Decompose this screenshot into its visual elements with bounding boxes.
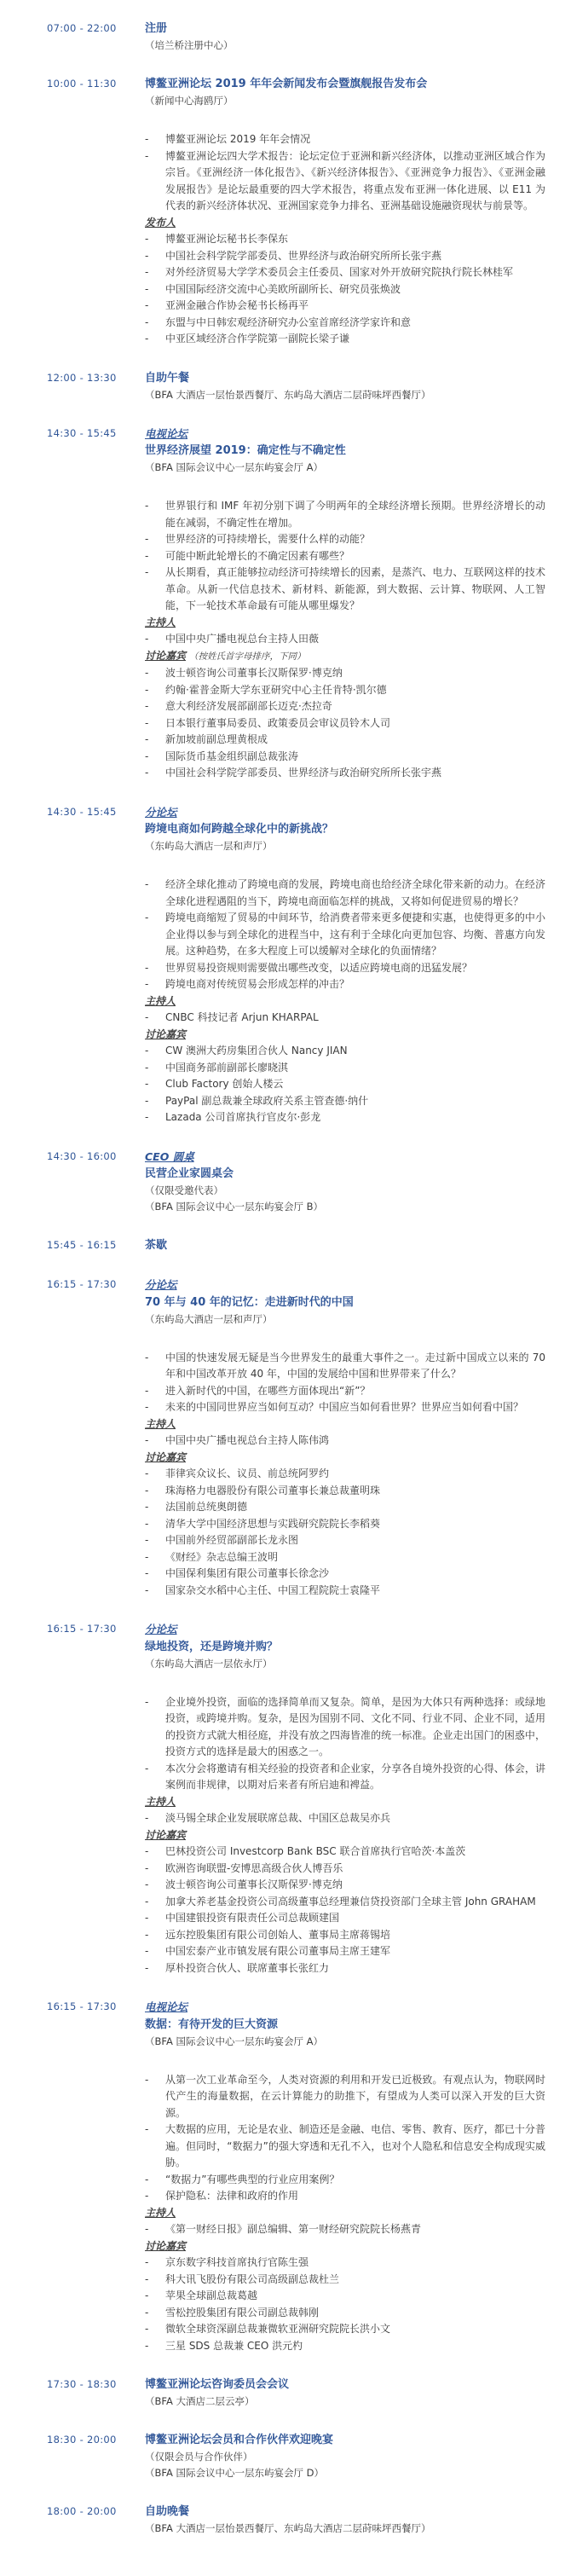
session-location-note: （仅限受邀代表） bbox=[145, 1183, 545, 1199]
participant-group-label: 主持人 bbox=[145, 2207, 176, 2219]
participant-item-text: 珠海格力电器股份有限公司董事长兼总裁董明珠 bbox=[165, 1483, 545, 1500]
participant-item-text: CNBC 科技记者 Arjun KHARPAL bbox=[165, 1010, 545, 1027]
bullet-dash: - bbox=[145, 1399, 165, 1416]
participant-item: -科大讯飞股份有限公司高级副总裁杜兰 bbox=[145, 2272, 545, 2289]
bullet-dash: - bbox=[145, 1093, 165, 1110]
participant-item-text: 中国保利集团有限公司董事长徐念沙 bbox=[165, 1566, 545, 1583]
session-category-label: CEO 圆桌 bbox=[145, 1149, 194, 1166]
participant-item: -三星 SDS 总裁兼 CEO 洪元杓 bbox=[145, 2338, 545, 2355]
bullet-dash: - bbox=[145, 2288, 165, 2305]
session-category: 分论坛 bbox=[145, 1276, 545, 1294]
bullet-dash: - bbox=[145, 1844, 165, 1861]
participant-item: -PayPal 副总裁兼全球政府关系主管查德·纳什 bbox=[145, 1093, 545, 1110]
participant-item-text: 三星 SDS 总裁兼 CEO 洪元杓 bbox=[165, 2338, 545, 2355]
bullet-dash: - bbox=[145, 131, 165, 148]
bullet-dash: - bbox=[145, 315, 165, 332]
bullet-dash: - bbox=[145, 715, 165, 732]
participant-item: -国家杂交水稻中心主任、中国工程院院士袁隆平 bbox=[145, 1583, 545, 1600]
bullet-dash: - bbox=[145, 1877, 165, 1894]
topic-item-text: 博鳌亚洲论坛四大学术报告：论坛定位于亚洲和新兴经济体，以推动亚洲区域合作为宗旨。… bbox=[165, 148, 545, 215]
session-topic-list: -中国的快速发展无疑是当今世界发生的最重大事件之一。走过新中国成立以来的 70 … bbox=[145, 1350, 545, 1416]
session-content: 注册（培兰桥注册中心） bbox=[145, 20, 545, 54]
bullet-dash: - bbox=[145, 682, 165, 699]
session-topic-list: -经济全球化推动了跨境电商的发展，跨境电商也给经济全球化带来新的动力。在经济全球… bbox=[145, 877, 545, 993]
participant-item-text: 欧洲咨询联盟-安博思高级合伙人博吾乐 bbox=[165, 1861, 545, 1878]
topic-item: -可能中断此轮增长的不确定因素有哪些？ bbox=[145, 548, 545, 565]
topic-item: -经济全球化推动了跨境电商的发展，跨境电商也给经济全球化带来新的动力。在经济全球… bbox=[145, 877, 545, 910]
participant-group-label: 主持人 bbox=[145, 617, 176, 628]
topic-item: -博鳌亚洲论坛 2019 年年会情况 bbox=[145, 131, 545, 148]
bullet-dash: - bbox=[145, 531, 165, 548]
session-time: 16:15 - 17:30 bbox=[47, 1276, 145, 1599]
bullet-dash: - bbox=[145, 1566, 165, 1583]
participant-item-text: 新加坡前副总理黄根成 bbox=[165, 732, 545, 749]
participant-item: -CW 澳洲大药房集团合伙人 Nancy JIAN bbox=[145, 1043, 545, 1060]
session-category-label: 分论坛 bbox=[145, 804, 177, 821]
bullet-dash: - bbox=[145, 2321, 165, 2338]
participant-item-text: 厚朴投资合伙人、联席董事长张红力 bbox=[165, 1960, 545, 1977]
session-location-note: （新闻中心海鸥厅） bbox=[145, 93, 545, 109]
bullet-dash: - bbox=[145, 231, 165, 248]
bullet-dash: - bbox=[145, 148, 165, 215]
bullet-dash: - bbox=[145, 1499, 165, 1516]
bullet-dash: - bbox=[145, 1927, 165, 1944]
participant-item: -厚朴投资合伙人、联席董事长张红力 bbox=[145, 1960, 545, 1977]
session-time: 14:30 - 15:45 bbox=[47, 425, 145, 782]
session-time: 07:00 - 22:00 bbox=[47, 20, 145, 54]
participant-item-text: 中国社会科学院学部委员、世界经济与政治研究所所长张宇燕 bbox=[165, 248, 545, 265]
participant-item-text: 雪松控股集团有限公司副总裁韩刚 bbox=[165, 2305, 545, 2322]
session: 16:15 - 17:30分论坛70 年与 40 年的记忆：走进新时代的中国（东… bbox=[47, 1276, 545, 1599]
session-location-note: （BFA 大酒店一层怡景西餐厅、东屿岛大酒店二层莳味坪西餐厅） bbox=[145, 2521, 545, 2537]
bullet-dash: - bbox=[145, 1433, 165, 1450]
session-category: 分论坛 bbox=[145, 804, 545, 822]
session-location-note: （BFA 国际会议中心一层东屿宴会厅 A） bbox=[145, 2034, 545, 2050]
participant-item-text: 对外经济贸易大学学术委员会主任委员、国家对外开放研究院执行院长林桂军 bbox=[165, 264, 545, 281]
participant-item-text: 微软全球资深副总裁兼微软亚洲研究院院长洪小文 bbox=[165, 2321, 545, 2338]
session-title: 茶歇 bbox=[145, 1237, 545, 1254]
bullet-dash: - bbox=[145, 1060, 165, 1077]
participant-item: -欧洲咨询联盟-安博思高级合伙人博吾乐 bbox=[145, 1861, 545, 1878]
participant-group-label: 讨论嘉宾 bbox=[145, 2240, 186, 2252]
participant-group-heading: 讨论嘉宾 bbox=[145, 1027, 545, 1044]
topic-item: -中国的快速发展无疑是当今世界发生的最重大事件之一。走过新中国成立以来的 70 … bbox=[145, 1350, 545, 1383]
bullet-dash: - bbox=[145, 564, 165, 615]
session-content: 茶歇 bbox=[145, 1237, 545, 1254]
topic-item: -跨境电商缩短了贸易的中间环节，给消费者带来更多便捷和实惠，也使得更多的中小企业… bbox=[145, 910, 545, 960]
bullet-dash: - bbox=[145, 631, 165, 648]
session-content: 电视论坛世界经济展望 2019：确定性与不确定性（BFA 国际会议中心一层东屿宴… bbox=[145, 425, 545, 782]
topic-item-text: 跨境电商对传统贸易会形成怎样的冲击？ bbox=[165, 976, 545, 993]
participant-item-text: 中国社会科学院学部委员、世界经济与政治研究所所长张宇燕 bbox=[165, 765, 545, 782]
bullet-dash: - bbox=[145, 1761, 165, 1794]
participant-item: -波士顿咨询公司董事长汉斯保罗·博克纳 bbox=[145, 1877, 545, 1894]
topic-item-text: 大数据的应用，无论是农业、制造还是金融、电信、零售、教育、医疗，都已十分普遍。但… bbox=[165, 2122, 545, 2172]
participant-item-text: 中国国际经济交流中心美欧所副所长、研究员张焕波 bbox=[165, 281, 545, 298]
participant-item-text: 科大讯飞股份有限公司高级副总裁杜兰 bbox=[165, 2272, 545, 2289]
participant-item-text: Club Factory 创始人楼云 bbox=[165, 1076, 545, 1093]
bullet-dash: - bbox=[145, 2255, 165, 2272]
participant-group-heading: 发布人 bbox=[145, 215, 545, 232]
participant-item: -波士顿咨询公司董事长汉斯保罗·博克纳 bbox=[145, 665, 545, 682]
session: 14:30 - 15:45分论坛跨境电商如何跨越全球化中的新挑战？（东屿岛大酒店… bbox=[47, 804, 545, 1126]
participant-group-heading: 主持人 bbox=[145, 615, 545, 632]
participant-item: -微软全球资深副总裁兼微软亚洲研究院院长洪小文 bbox=[145, 2321, 545, 2338]
session: 16:15 - 17:30电视论坛数据：有待开发的巨大资源（BFA 国际会议中心… bbox=[47, 1999, 545, 2354]
participant-group-label: 讨论嘉宾 bbox=[145, 650, 186, 662]
participant-item-text: 法国前总统奥朗德 bbox=[165, 1499, 545, 1516]
participant-item-text: 国际货币基金组织副总裁张涛 bbox=[165, 749, 545, 766]
session: 18:00 - 20:00自助晚餐（BFA 大酒店一层怡景西餐厅、东屿岛大酒店二… bbox=[47, 2504, 545, 2537]
participant-item: -Club Factory 创始人楼云 bbox=[145, 1076, 545, 1093]
bullet-dash: - bbox=[145, 960, 165, 977]
session-category: 电视论坛 bbox=[145, 1999, 545, 2017]
participant-item: -亚洲金融合作协会秘书长杨再平 bbox=[145, 298, 545, 315]
participant-item-text: 意大利经济发展部副部长迈克·杰拉奇 bbox=[165, 698, 545, 715]
participant-item: -CNBC 科技记者 Arjun KHARPAL bbox=[145, 1010, 545, 1027]
participant-item: -《第一财经日报》副总编辑、第一财经研究院院长杨燕青 bbox=[145, 2221, 545, 2238]
session-location-note: （培兰桥注册中心） bbox=[145, 38, 545, 54]
bullet-dash: - bbox=[145, 1861, 165, 1878]
participant-group-label: 讨论嘉宾 bbox=[145, 1028, 186, 1040]
participant-item-text: 中国中央广播电视总台主持人田薇 bbox=[165, 631, 545, 648]
bullet-dash: - bbox=[145, 281, 165, 298]
bullet-dash: - bbox=[145, 1043, 165, 1060]
participant-item-text: 中国商务部前副部长廖晓淇 bbox=[165, 1060, 545, 1077]
session-time: 14:30 - 15:45 bbox=[47, 804, 145, 1126]
participant-item: -中国保利集团有限公司董事长徐念沙 bbox=[145, 1566, 545, 1583]
participant-item-text: 远东控股集团有限公司创始人、董事局主席蒋锡培 bbox=[165, 1927, 545, 1944]
participant-item-text: Lazada 公司首席执行官皮尔·彭龙 bbox=[165, 1109, 545, 1126]
participant-item-text: 波士顿咨询公司董事长汉斯保罗·博克纳 bbox=[165, 1877, 545, 1894]
participant-item-text: 中国宏泰产业市镇发展有限公司董事局主席王建军 bbox=[165, 1943, 545, 1960]
session-location-note: （BFA 国际会议中心一层东屿宴会厅 B） bbox=[145, 1199, 545, 1215]
topic-item: -“数据力”有哪些典型的行业应用案例？ bbox=[145, 2172, 545, 2189]
session-category: 分论坛 bbox=[145, 1621, 545, 1639]
bullet-dash: - bbox=[145, 331, 165, 348]
bullet-dash: - bbox=[145, 2122, 165, 2172]
participant-item: -菲律宾众议长、议员、前总统阿罗约 bbox=[145, 1466, 545, 1483]
bullet-dash: - bbox=[145, 2338, 165, 2355]
topic-item-text: 世界银行和 IMF 年初分别下调了今明两年的全球经济增长预期。世界经济增长的动能… bbox=[165, 498, 545, 531]
bullet-dash: - bbox=[145, 698, 165, 715]
session-location-note: （BFA 国际会议中心一层东屿宴会厅 A） bbox=[145, 460, 545, 476]
bullet-dash: - bbox=[145, 1583, 165, 1600]
participant-item: -中国宏泰产业市镇发展有限公司董事局主席王建军 bbox=[145, 1943, 545, 1960]
topic-item-text: 进入新时代的中国，在哪些方面体现出“新”？ bbox=[165, 1383, 545, 1400]
session-topic-list: -博鳌亚洲论坛 2019 年年会情况-博鳌亚洲论坛四大学术报告：论坛定位于亚洲和… bbox=[145, 131, 545, 215]
participant-group-heading: 主持人 bbox=[145, 1416, 545, 1433]
session-content: 分论坛跨境电商如何跨越全球化中的新挑战？（东屿岛大酒店一层和声厅）-经济全球化推… bbox=[145, 804, 545, 1126]
bullet-dash: - bbox=[145, 248, 165, 265]
session: 16:15 - 17:30分论坛绿地投资，还是跨境并购？（东屿岛大酒店一层依永厅… bbox=[47, 1621, 545, 1977]
participant-item: -博鳌亚洲论坛秘书长李保东 bbox=[145, 231, 545, 248]
participant-item: -中国国际经济交流中心美欧所副所长、研究员张焕波 bbox=[145, 281, 545, 298]
participant-group-heading: 讨论嘉宾（按姓氏首字母排序，下同） bbox=[145, 648, 545, 666]
session: 14:30 - 15:45电视论坛世界经济展望 2019：确定性与不确定性（BF… bbox=[47, 425, 545, 782]
session-topic-list: -企业境外投资，面临的选择简单而又复杂。简单，是因为大体只有两种选择：或绿地投资… bbox=[145, 1694, 545, 1794]
participant-item-text: 波士顿咨询公司董事长汉斯保罗·博克纳 bbox=[165, 665, 545, 682]
participant-item: -中国社会科学院学部委员、世界经济与政治研究所所长张宇燕 bbox=[145, 248, 545, 265]
session-content: 自助晚餐（BFA 大酒店一层怡景西餐厅、东屿岛大酒店二层莳味坪西餐厅） bbox=[145, 2504, 545, 2537]
bullet-dash: - bbox=[145, 1383, 165, 1400]
participant-item: -中亚区域经济合作学院第一副院长梁子谦 bbox=[145, 331, 545, 348]
session-content: 分论坛70 年与 40 年的记忆：走进新时代的中国（东屿岛大酒店一层和声厅）-中… bbox=[145, 1276, 545, 1599]
session: 14:30 - 16:00CEO 圆桌民营企业家圆桌会（仅限受邀代表）（BFA … bbox=[47, 1149, 545, 1216]
session-category-label: 电视论坛 bbox=[145, 1999, 187, 2016]
bullet-dash: - bbox=[145, 1010, 165, 1027]
bullet-dash: - bbox=[145, 1549, 165, 1566]
bullet-dash: - bbox=[145, 665, 165, 682]
bullet-dash: - bbox=[145, 298, 165, 315]
topic-item: -进入新时代的中国，在哪些方面体现出“新”？ bbox=[145, 1383, 545, 1400]
topic-item-text: 未来的中国同世界应当如何互动？中国应当如何看世界？世界应当如何看中国？ bbox=[165, 1399, 545, 1416]
bullet-dash: - bbox=[145, 1532, 165, 1549]
participant-item: -法国前总统奥朗德 bbox=[145, 1499, 545, 1516]
participant-item-text: 《第一财经日报》副总编辑、第一财经研究院院长杨燕青 bbox=[165, 2221, 545, 2238]
topic-item: -跨境电商对传统贸易会形成怎样的冲击？ bbox=[145, 976, 545, 993]
session-title: 自助晚餐 bbox=[145, 2504, 545, 2521]
session-content: 自助午餐（BFA 大酒店一层怡景西餐厅、东屿岛大酒店二层莳味坪西餐厅） bbox=[145, 370, 545, 403]
participant-group-label: 讨论嘉宾 bbox=[145, 1451, 186, 1463]
session-content: CEO 圆桌民营企业家圆桌会（仅限受邀代表）（BFA 国际会议中心一层东屿宴会厅… bbox=[145, 1149, 545, 1216]
bullet-dash: - bbox=[145, 1466, 165, 1483]
participant-item-text: 日本银行董事局委员、政策委员会审议员铃木人司 bbox=[165, 715, 545, 732]
bullet-dash: - bbox=[145, 2172, 165, 2189]
session-title: 注册 bbox=[145, 20, 545, 38]
session: 15:45 - 16:15茶歇 bbox=[47, 1237, 545, 1254]
bullet-dash: - bbox=[145, 264, 165, 281]
topic-item-text: 经济全球化推动了跨境电商的发展，跨境电商也给经济全球化带来新的动力。在经济全球化… bbox=[165, 877, 545, 910]
topic-item-text: 本次分会将邀请有相关经验的投资者和企业家，分享各自境外投资的心得、体会，讲案例而… bbox=[165, 1761, 545, 1794]
session: 12:00 - 13:30自助午餐（BFA 大酒店一层怡景西餐厅、东屿岛大酒店二… bbox=[47, 370, 545, 403]
bullet-dash: - bbox=[145, 548, 165, 565]
session-location-note: （仅限会员与合作伙伴） bbox=[145, 2449, 545, 2465]
bullet-dash: - bbox=[145, 910, 165, 960]
participant-item: -《财经》杂志总编王波明 bbox=[145, 1549, 545, 1566]
participant-item: -中国中央广播电视总台主持人陈伟鸿 bbox=[145, 1433, 545, 1450]
session-title: 世界经济展望 2019：确定性与不确定性 bbox=[145, 443, 545, 460]
participant-group-label: 主持人 bbox=[145, 1418, 176, 1430]
bullet-dash: - bbox=[145, 2305, 165, 2322]
topic-item: -企业境外投资，面临的选择简单而又复杂。简单，是因为大体只有两种选择：或绿地投资… bbox=[145, 1694, 545, 1761]
session-location-note: （BFA 大酒店二层云亭） bbox=[145, 2394, 545, 2410]
session-topic-list: -世界银行和 IMF 年初分别下调了今明两年的全球经济增长预期。世界经济增长的动… bbox=[145, 498, 545, 615]
participant-item: -清华大学中国经济思想与实践研究院院长李稻葵 bbox=[145, 1516, 545, 1533]
participant-item: -中国商务部前副部长廖晓淇 bbox=[145, 1060, 545, 1077]
session-time: 16:15 - 17:30 bbox=[47, 1999, 145, 2354]
topic-item: -未来的中国同世界应当如何互动？中国应当如何看世界？世界应当如何看中国？ bbox=[145, 1399, 545, 1416]
session-time: 18:00 - 20:00 bbox=[47, 2504, 145, 2537]
topic-item-text: 可能中断此轮增长的不确定因素有哪些？ bbox=[165, 548, 545, 565]
session-title: 自助午餐 bbox=[145, 370, 545, 387]
session-category: 电视论坛 bbox=[145, 425, 545, 443]
session-time: 18:30 - 20:00 bbox=[47, 2432, 145, 2481]
participant-item-text: CW 澳洲大药房集团合伙人 Nancy JIAN bbox=[165, 1043, 545, 1060]
bullet-dash: - bbox=[145, 1810, 165, 1827]
participant-item-text: 加拿大养老基金投资公司高级董事总经理兼信贷投资部门全球主管 John GRAHA… bbox=[165, 1894, 545, 1911]
session: 18:30 - 20:00博鳌亚洲论坛会员和合作伙伴欢迎晚宴（仅限会员与合作伙伴… bbox=[47, 2432, 545, 2481]
topic-item: -博鳌亚洲论坛四大学术报告：论坛定位于亚洲和新兴经济体，以推动亚洲区域合作为宗旨… bbox=[145, 148, 545, 215]
session-content: 博鳌亚洲论坛会员和合作伙伴欢迎晚宴（仅限会员与合作伙伴）（BFA 国际会议中心一… bbox=[145, 2432, 545, 2481]
session-title: 跨境电商如何跨越全球化中的新挑战？ bbox=[145, 821, 545, 838]
bullet-dash: - bbox=[145, 877, 165, 910]
bullet-dash: - bbox=[145, 1960, 165, 1977]
bullet-dash: - bbox=[145, 1943, 165, 1960]
participant-item-text: 中国前外经贸部副部长龙永图 bbox=[165, 1532, 545, 1549]
participant-group-heading: 讨论嘉宾 bbox=[145, 2238, 545, 2255]
participant-item: -淡马锡全球企业发展联席总裁、中国区总裁吴亦兵 bbox=[145, 1810, 545, 1827]
topic-item-text: 跨境电商缩短了贸易的中间环节，给消费者带来更多便捷和实惠，也使得更多的中小企业得… bbox=[165, 910, 545, 960]
topic-item: -世界贸易投资规则需要做出哪些改变，以适应跨境电商的迅猛发展？ bbox=[145, 960, 545, 977]
topic-item-text: 保护隐私：法律和政府的作用 bbox=[165, 2188, 545, 2205]
participant-item: -对外经济贸易大学学术委员会主任委员、国家对外开放研究院执行院长林桂军 bbox=[145, 264, 545, 281]
session-location-note: （BFA 大酒店一层怡景西餐厅、东屿岛大酒店二层莳味坪西餐厅） bbox=[145, 387, 545, 403]
session: 17:30 - 18:30博鳌亚洲论坛咨询委员会会议（BFA 大酒店二层云亭） bbox=[47, 2376, 545, 2410]
participant-item-text: 清华大学中国经济思想与实践研究院院长李稻葵 bbox=[165, 1516, 545, 1533]
bullet-dash: - bbox=[145, 1910, 165, 1927]
session-title: 70 年与 40 年的记忆：走进新时代的中国 bbox=[145, 1294, 545, 1311]
session-time: 14:30 - 16:00 bbox=[47, 1149, 145, 1216]
session-category-label: 分论坛 bbox=[145, 1621, 177, 1638]
bullet-dash: - bbox=[145, 749, 165, 766]
session-title: 民营企业家圆桌会 bbox=[145, 1166, 545, 1183]
participant-item-text: 东盟与中日韩宏观经济研究办公室首席经济学家许和意 bbox=[165, 315, 545, 332]
participant-group-label: 主持人 bbox=[145, 1796, 176, 1808]
participant-group-heading: 主持人 bbox=[145, 2205, 545, 2222]
bullet-dash: - bbox=[145, 498, 165, 531]
session: 10:00 - 11:30博鳌亚洲论坛 2019 年年会新闻发布会暨旗舰报告发布… bbox=[47, 76, 545, 348]
session-content: 电视论坛数据：有待开发的巨大资源（BFA 国际会议中心一层东屿宴会厅 A）-从第… bbox=[145, 1999, 545, 2354]
session-time: 17:30 - 18:30 bbox=[47, 2376, 145, 2410]
session-time: 16:15 - 17:30 bbox=[47, 1621, 145, 1977]
participant-item-text: 中国中央广播电视总台主持人陈伟鸿 bbox=[165, 1433, 545, 1450]
participant-group-label: 主持人 bbox=[145, 995, 176, 1007]
bullet-dash: - bbox=[145, 765, 165, 782]
topic-item-text: 博鳌亚洲论坛 2019 年年会情况 bbox=[165, 131, 545, 148]
participant-item-text: 约翰·霍普金斯大学东亚研究中心主任肯特·凯尔德 bbox=[165, 682, 545, 699]
topic-item: -世界经济的可持续增长，需要什么样的动能？ bbox=[145, 531, 545, 548]
topic-item-text: 中国的快速发展无疑是当今世界发生的最重大事件之一。走过新中国成立以来的 70 年… bbox=[165, 1350, 545, 1383]
bullet-dash: - bbox=[145, 2072, 165, 2122]
bullet-dash: - bbox=[145, 1516, 165, 1533]
topic-item: -世界银行和 IMF 年初分别下调了今明两年的全球经济增长预期。世界经济增长的动… bbox=[145, 498, 545, 531]
participant-group-heading: 主持人 bbox=[145, 993, 545, 1010]
participant-item: -京东数字科技首席执行官陈生强 bbox=[145, 2255, 545, 2272]
session-time: 10:00 - 11:30 bbox=[47, 76, 145, 348]
session-location-note: （东屿岛大酒店一层和声厅） bbox=[145, 1311, 545, 1328]
participant-item: -珠海格力电器股份有限公司董事长兼总裁董明珠 bbox=[145, 1483, 545, 1500]
topic-item-text: 从长期看，真正能够拉动经济可持续增长的因素，是蒸汽、电力、互联网这样的技术革命。… bbox=[165, 564, 545, 615]
participant-item-text: 苹果全球副总裁葛越 bbox=[165, 2288, 545, 2305]
participant-item-text: 《财经》杂志总编王波明 bbox=[165, 1549, 545, 1566]
topic-item: -保护隐私：法律和政府的作用 bbox=[145, 2188, 545, 2205]
session-title: 数据：有待开发的巨大资源 bbox=[145, 2017, 545, 2034]
participant-item: -加拿大养老基金投资公司高级董事总经理兼信贷投资部门全球主管 John GRAH… bbox=[145, 1894, 545, 1911]
session-title: 绿地投资，还是跨境并购？ bbox=[145, 1639, 545, 1656]
bullet-dash: - bbox=[145, 976, 165, 993]
participant-item-text: 菲律宾众议长、议员、前总统阿罗约 bbox=[165, 1466, 545, 1483]
participant-item-text: 中国建银投资有限责任公司总裁顾建国 bbox=[165, 1910, 545, 1927]
bullet-dash: - bbox=[145, 1350, 165, 1383]
session-title: 博鳌亚洲论坛咨询委员会会议 bbox=[145, 2376, 545, 2394]
session-category: CEO 圆桌 bbox=[145, 1149, 545, 1166]
topic-item: -大数据的应用，无论是农业、制造还是金融、电信、零售、教育、医疗，都已十分普遍。… bbox=[145, 2122, 545, 2172]
schedule-session-list: 07:00 - 22:00注册（培兰桥注册中心）10:00 - 11:30博鳌亚… bbox=[47, 20, 545, 2537]
participant-item: -苹果全球副总裁葛越 bbox=[145, 2288, 545, 2305]
participant-item-text: PayPal 副总裁兼全球政府关系主管查德·纳什 bbox=[165, 1093, 545, 1110]
participant-item: -新加坡前副总理黄根成 bbox=[145, 732, 545, 749]
participant-item: -中国建银投资有限责任公司总裁顾建国 bbox=[145, 1910, 545, 1927]
bullet-dash: - bbox=[145, 1076, 165, 1093]
session-time: 15:45 - 16:15 bbox=[47, 1237, 145, 1254]
participant-item: -远东控股集团有限公司创始人、董事局主席蒋锡培 bbox=[145, 1927, 545, 1944]
participant-item: -中国前外经贸部副部长龙永图 bbox=[145, 1532, 545, 1549]
session-content: 博鳌亚洲论坛 2019 年年会新闻发布会暨旗舰报告发布会（新闻中心海鸥厅）-博鳌… bbox=[145, 76, 545, 348]
topic-item-text: 世界经济的可持续增长，需要什么样的动能？ bbox=[165, 531, 545, 548]
bullet-dash: - bbox=[145, 1894, 165, 1911]
topic-item: -从长期看，真正能够拉动经济可持续增长的因素，是蒸汽、电力、互联网这样的技术革命… bbox=[145, 564, 545, 615]
session-title: 博鳌亚洲论坛 2019 年年会新闻发布会暨旗舰报告发布会 bbox=[145, 76, 545, 93]
participant-item: -意大利经济发展部副部长迈克·杰拉奇 bbox=[145, 698, 545, 715]
session-topic-list: -从第一次工业革命至今，人类对资源的利用和开发已近极致。有观点认为，物联网时代产… bbox=[145, 2072, 545, 2205]
participant-item: -东盟与中日韩宏观经济研究办公室首席经济学家许和意 bbox=[145, 315, 545, 332]
bullet-dash: - bbox=[145, 2188, 165, 2205]
participant-item: -Lazada 公司首席执行官皮尔·彭龙 bbox=[145, 1109, 545, 1126]
session-content: 博鳌亚洲论坛咨询委员会会议（BFA 大酒店二层云亭） bbox=[145, 2376, 545, 2410]
participant-item: -约翰·霍普金斯大学东亚研究中心主任肯特·凯尔德 bbox=[145, 682, 545, 699]
participant-item: -日本银行董事局委员、政策委员会审议员铃木人司 bbox=[145, 715, 545, 732]
participant-item-text: 京东数字科技首席执行官陈生强 bbox=[165, 2255, 545, 2272]
session: 07:00 - 22:00注册（培兰桥注册中心） bbox=[47, 20, 545, 54]
topic-item: -本次分会将邀请有相关经验的投资者和企业家，分享各自境外投资的心得、体会，讲案例… bbox=[145, 1761, 545, 1794]
bullet-dash: - bbox=[145, 2272, 165, 2289]
session-category-label: 电视论坛 bbox=[145, 425, 187, 443]
participant-item-text: 国家杂交水稻中心主任、中国工程院院士袁隆平 bbox=[165, 1583, 545, 1600]
participant-group-note: （按姓氏首字母排序，下同） bbox=[189, 651, 306, 662]
topic-item-text: “数据力”有哪些典型的行业应用案例？ bbox=[165, 2172, 545, 2189]
session-time: 12:00 - 13:30 bbox=[47, 370, 145, 403]
session-content: 分论坛绿地投资，还是跨境并购？（东屿岛大酒店一层依永厅）-企业境外投资，面临的选… bbox=[145, 1621, 545, 1977]
bullet-dash: - bbox=[145, 1694, 165, 1761]
topic-item-text: 企业境外投资，面临的选择简单而又复杂。简单，是因为大体只有两种选择：或绿地投资，… bbox=[165, 1694, 545, 1761]
session-location-note: （东屿岛大酒店一层依永厅） bbox=[145, 1656, 545, 1672]
participant-item-text: 中亚区域经济合作学院第一副院长梁子谦 bbox=[165, 331, 545, 348]
session-location-note: （BFA 国际会议中心一层东屿宴会厅 D） bbox=[145, 2465, 545, 2481]
bullet-dash: - bbox=[145, 732, 165, 749]
topic-item: -从第一次工业革命至今，人类对资源的利用和开发已近极致。有观点认为，物联网时代产… bbox=[145, 2072, 545, 2122]
topic-item-text: 世界贸易投资规则需要做出哪些改变，以适应跨境电商的迅猛发展？ bbox=[165, 960, 545, 977]
session-location-note: （东屿岛大酒店一层和声厅） bbox=[145, 838, 545, 854]
participant-group-label: 发布人 bbox=[145, 217, 176, 229]
participant-group-heading: 讨论嘉宾 bbox=[145, 1450, 545, 1467]
participant-group-heading: 讨论嘉宾 bbox=[145, 1827, 545, 1844]
participant-group-heading: 主持人 bbox=[145, 1794, 545, 1811]
participant-item: -雪松控股集团有限公司副总裁韩刚 bbox=[145, 2305, 545, 2322]
agenda-document: 07:00 - 22:00注册（培兰桥注册中心）10:00 - 11:30博鳌亚… bbox=[0, 0, 571, 2576]
bullet-dash: - bbox=[145, 1109, 165, 1126]
bullet-dash: - bbox=[145, 1483, 165, 1500]
participant-item-text: 博鳌亚洲论坛秘书长李保东 bbox=[165, 231, 545, 248]
session-category-label: 分论坛 bbox=[145, 1276, 177, 1294]
participant-item: -国际货币基金组织副总裁张涛 bbox=[145, 749, 545, 766]
participant-item-text: 巴林投资公司 Investcorp Bank BSC 联合首席执行官哈茨·本盖茨 bbox=[165, 1844, 545, 1861]
session-title: 博鳌亚洲论坛会员和合作伙伴欢迎晚宴 bbox=[145, 2432, 545, 2449]
participant-item: -中国社会科学院学部委员、世界经济与政治研究所所长张宇燕 bbox=[145, 765, 545, 782]
bullet-dash: - bbox=[145, 2221, 165, 2238]
topic-item-text: 从第一次工业革命至今，人类对资源的利用和开发已近极致。有观点认为，物联网时代产生… bbox=[165, 2072, 545, 2122]
participant-item-text: 亚洲金融合作协会秘书长杨再平 bbox=[165, 298, 545, 315]
